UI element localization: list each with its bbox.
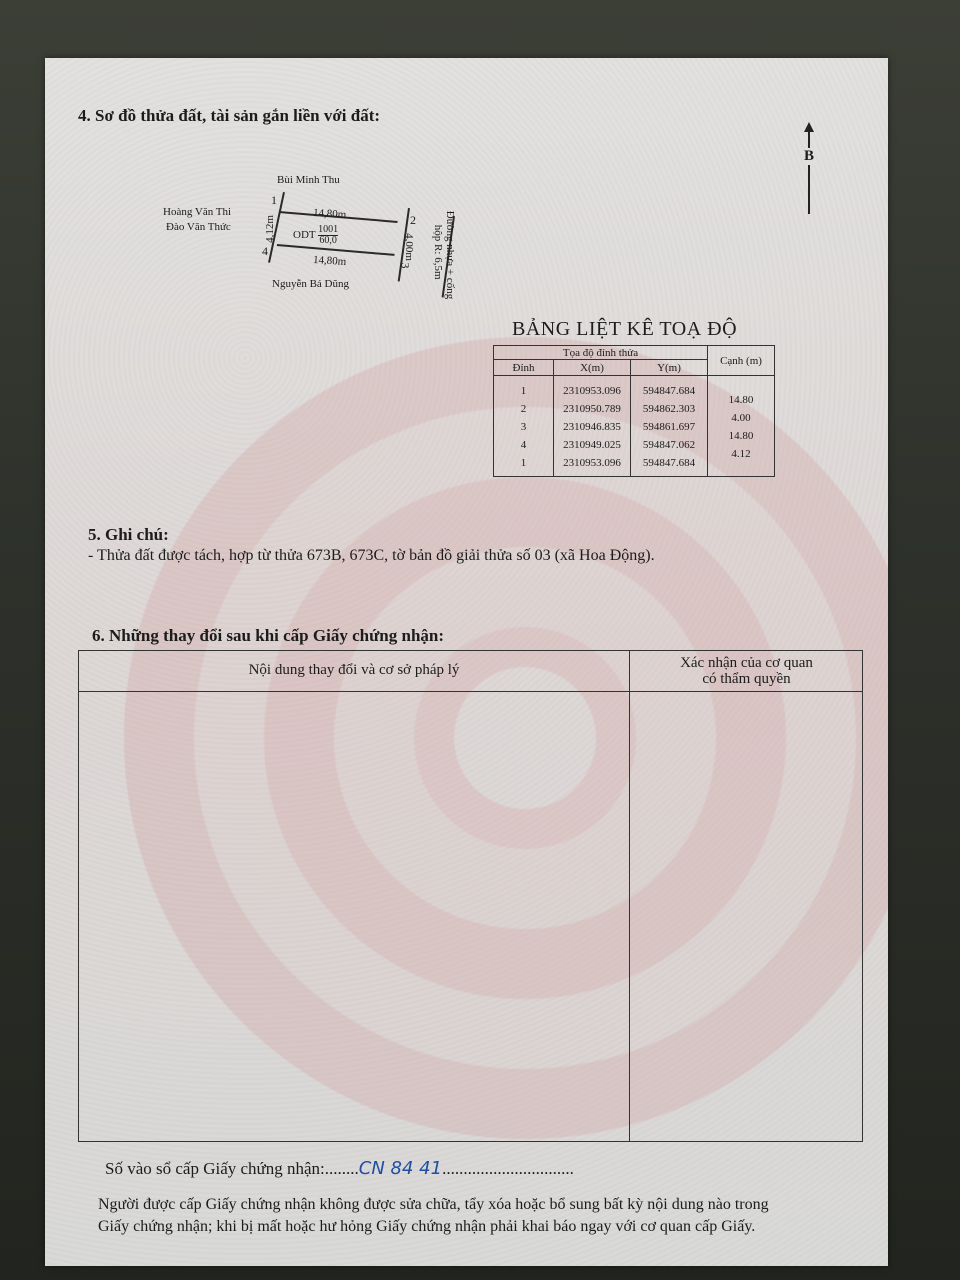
neighbor-west-1: Hoàng Văn Thi	[163, 206, 231, 218]
road-label: Đường nhựa + cống hộp R: 6,5m	[432, 211, 456, 299]
edge-left-label: 4,12m	[264, 215, 276, 243]
row-x: 2310953.096	[554, 382, 630, 400]
coordinate-table: Tọa độ đỉnh thửa Cạnh (m) Đỉnh X(m) Y(m)…	[493, 345, 775, 477]
col-header-confirm-line-2: có thẩm quyền	[631, 671, 862, 687]
vertex-4: 4	[262, 244, 268, 259]
row-x: 2310946.835	[554, 418, 630, 436]
neighbor-west-2: Đào Văn Thức	[166, 221, 231, 233]
row-y: 594847.684	[631, 382, 707, 400]
col-header-content: Nội dung thay đổi và cơ sở pháp lý	[79, 662, 629, 678]
col-header-x: X(m)	[554, 360, 631, 376]
row-vertex: 4	[494, 436, 553, 454]
road-label-line-1: Đường nhựa + cống	[444, 211, 456, 299]
parcel-area: 60,0	[318, 236, 338, 246]
row-y: 594847.062	[631, 436, 707, 454]
col-header-confirm-line-1: Xác nhận của cơ quan	[631, 655, 862, 671]
changes-table: Nội dung thay đổi và cơ sở pháp lý Xác n…	[78, 650, 863, 1142]
x-column: 2310953.096 2310950.789 2310946.835 2310…	[554, 376, 631, 477]
row-vertex: 2	[494, 400, 553, 418]
dots: ...............................	[442, 1159, 574, 1178]
col-header-y: Y(m)	[631, 360, 708, 376]
row-y: 594862.303	[631, 400, 707, 418]
register-label: Số vào sổ cấp Giấy chứng nhận:	[105, 1159, 325, 1178]
row-y: 594847.684	[631, 454, 707, 472]
vertex-1: 1	[271, 193, 277, 208]
row-x: 2310949.025	[554, 436, 630, 454]
edge-bottom-label: 14,80m	[313, 254, 347, 268]
edge-column: 14.80 4.00 14.80 4.12	[708, 376, 775, 477]
row-y: 594861.697	[631, 418, 707, 436]
row-vertex: 3	[494, 418, 553, 436]
group-header: Tọa độ đỉnh thửa	[494, 346, 708, 360]
neighbor-north: Bùi Minh Thu	[277, 174, 340, 186]
certificate-page: 4. Sơ đồ thửa đất, tài sản gắn liền với …	[45, 58, 888, 1266]
section-6-title: 6. Những thay đổi sau khi cấp Giấy chứng…	[92, 626, 444, 646]
header-divider	[79, 691, 862, 692]
edge-length: 14.80	[708, 391, 774, 409]
edge-length: 4.00	[708, 409, 774, 427]
row-x: 2310950.789	[554, 400, 630, 418]
row-vertex: 1	[494, 454, 553, 472]
north-label: B	[803, 148, 815, 165]
register-value: CN 84 41	[359, 1158, 442, 1179]
col-header-confirm: Xác nhận của cơ quan có thẩm quyền	[631, 655, 862, 687]
col-header-vertex: Đỉnh	[494, 360, 554, 376]
col-header-edge: Cạnh (m)	[708, 346, 775, 376]
edge-length: 14.80	[708, 427, 774, 445]
land-type: ODT	[293, 229, 315, 241]
warning-line-1: Người được cấp Giấy chứng nhận không đượ…	[98, 1196, 769, 1214]
road-label-line-2: hộp R: 6,5m	[432, 211, 444, 299]
section-5-title: 5. Ghi chú:	[88, 525, 169, 545]
vertex-2: 2	[410, 213, 416, 228]
section-5-note: - Thửa đất được tách, hợp từ thửa 673B, …	[88, 547, 655, 565]
vertex-3: 3	[398, 263, 413, 269]
warning-line-2: Giấy chứng nhận; khi bị mất hoặc hư hỏng…	[98, 1218, 755, 1236]
dots: ........	[325, 1159, 359, 1178]
row-vertex: 1	[494, 382, 553, 400]
coord-table-title: BẢNG LIỆT KÊ TOẠ ĐỘ	[512, 318, 737, 341]
neighbor-south: Nguyễn Bá Dũng	[272, 278, 349, 290]
edge-right-label: 4,00m	[403, 233, 415, 261]
y-column: 594847.684 594862.303 594861.697 594847.…	[631, 376, 708, 477]
edge-top-label: 14,80m	[313, 207, 347, 221]
row-x: 2310953.096	[554, 454, 630, 472]
edge-length: 4.12	[708, 445, 774, 463]
column-divider	[629, 651, 630, 1141]
register-number-line: Số vào sổ cấp Giấy chứng nhận:........CN…	[105, 1158, 574, 1179]
vertex-column: 1 2 3 4 1	[494, 376, 554, 477]
parcel-label: ODT 1001 60,0	[293, 225, 338, 246]
section-4-title: 4. Sơ đồ thửa đất, tài sản gắn liền với …	[78, 106, 380, 126]
